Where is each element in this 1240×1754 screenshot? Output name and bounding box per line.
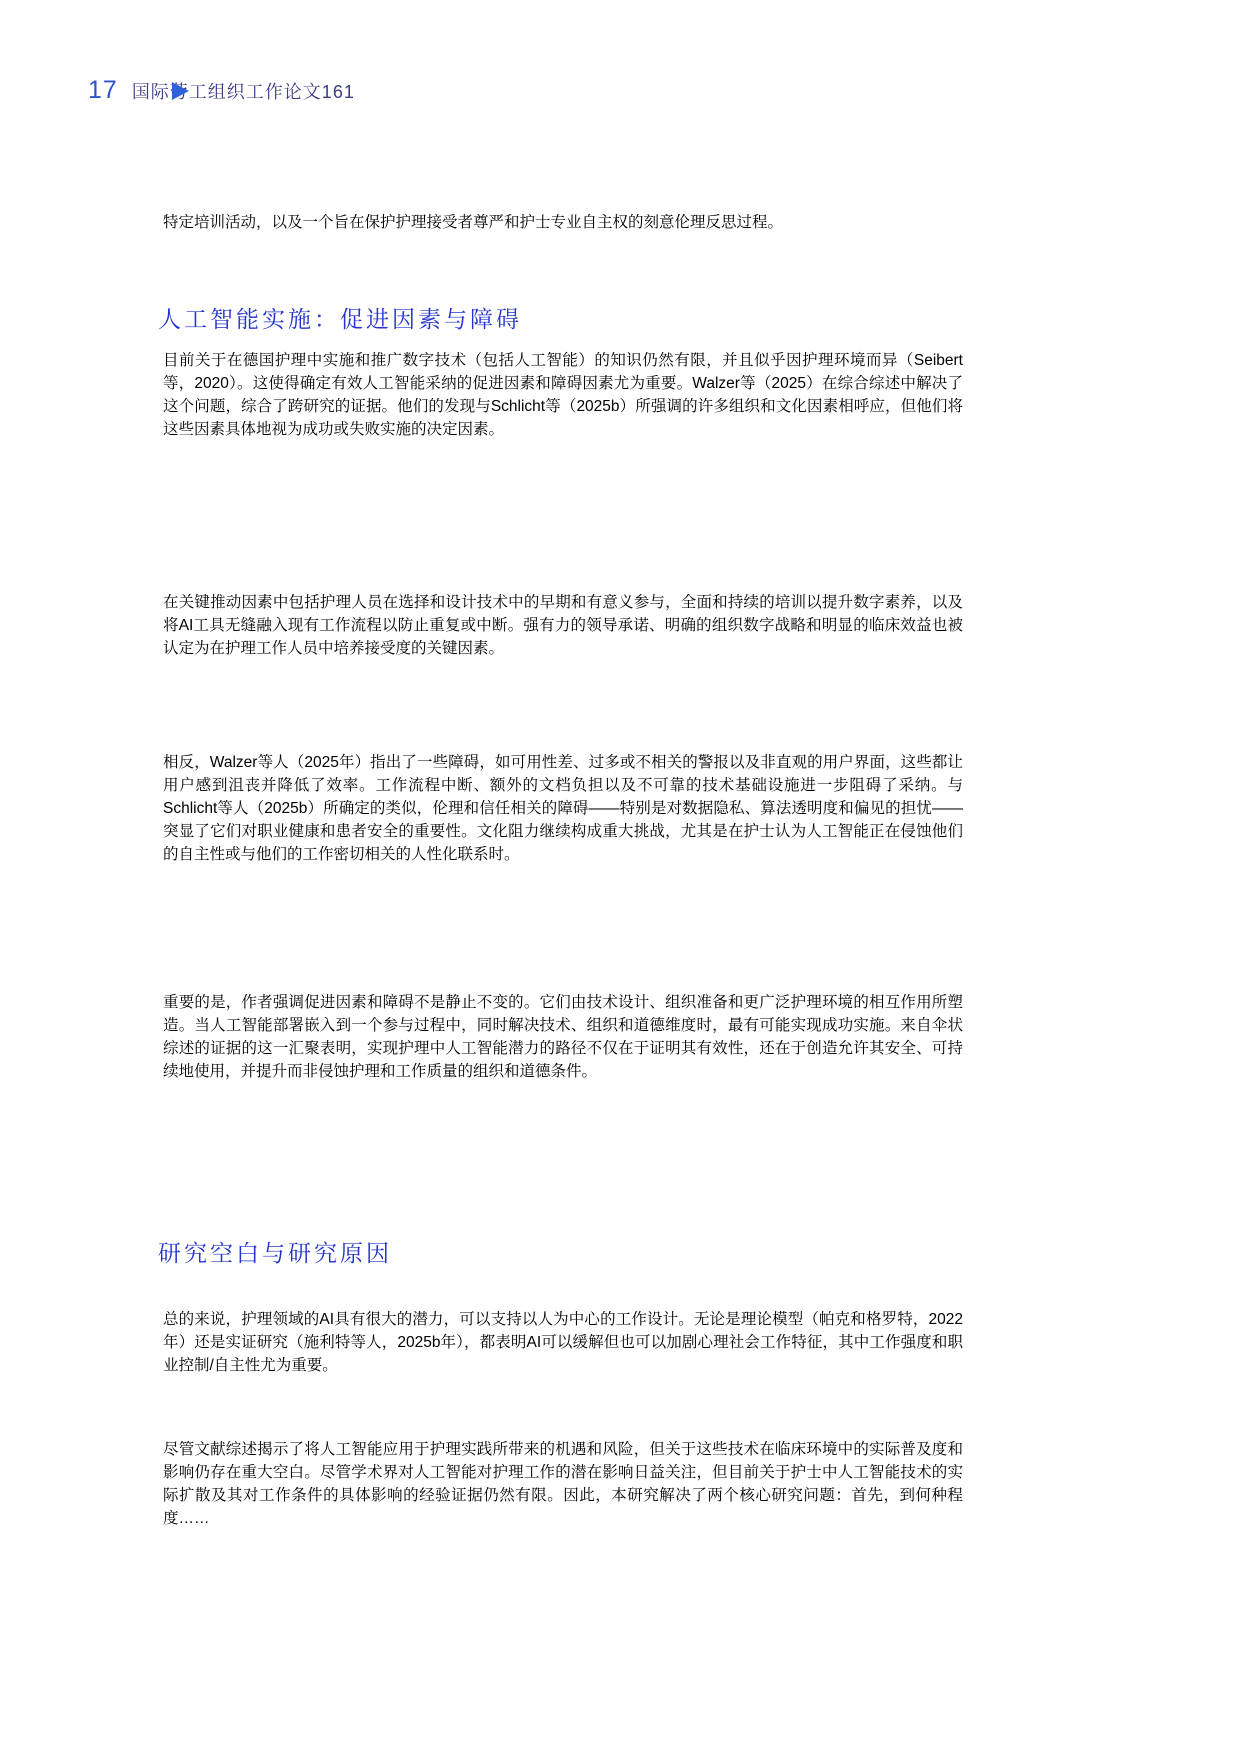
section1-paragraph-2: 在关键推动因素中包括护理人员在选择和设计技术中的早期和有意义参与，全面和持续的培…: [163, 591, 963, 660]
paper-page: 17 国际劳工组织工作论文161 特定培训活动，以及一个旨在保护护理接受者尊严和…: [0, 0, 1240, 1754]
section1-paragraph-3: 相反，Walzer等人（2025年）指出了一些障碍，如可用性差、过多或不相关的警…: [163, 751, 963, 866]
intro-paragraph: 特定培训活动，以及一个旨在保护护理接受者尊严和护士专业自主权的刻意伦理反思过程。: [163, 211, 963, 234]
section1-paragraph-4: 重要的是，作者强调促进因素和障碍不是静止不变的。它们由技术设计、组织准备和更广泛…: [163, 991, 963, 1083]
section2-paragraph-2: 尽管文献综述揭示了将人工智能应用于护理实践所带来的机遇和风险，但关于这些技术在临…: [163, 1438, 963, 1530]
section2-paragraph-1: 总的来说，护理领域的AI具有很大的潜力，可以支持以人为中心的工作设计。无论是理论…: [163, 1308, 963, 1377]
page-number: 17: [88, 76, 118, 104]
section-heading-ai-implementation: 人工智能实施：促进因素与障碍: [158, 304, 522, 334]
pointer-triangle-icon: [172, 82, 189, 100]
page-header: 17 国际劳工组织工作论文161: [88, 76, 355, 105]
section-heading-research-gap: 研究空白与研究原因: [158, 1238, 392, 1268]
section1-paragraph-1: 目前关于在德国护理中实施和推广数字技术（包括人工智能）的知识仍然有限，并且似乎因…: [163, 349, 963, 441]
running-head-title: 国际劳工组织工作论文161: [132, 79, 355, 105]
